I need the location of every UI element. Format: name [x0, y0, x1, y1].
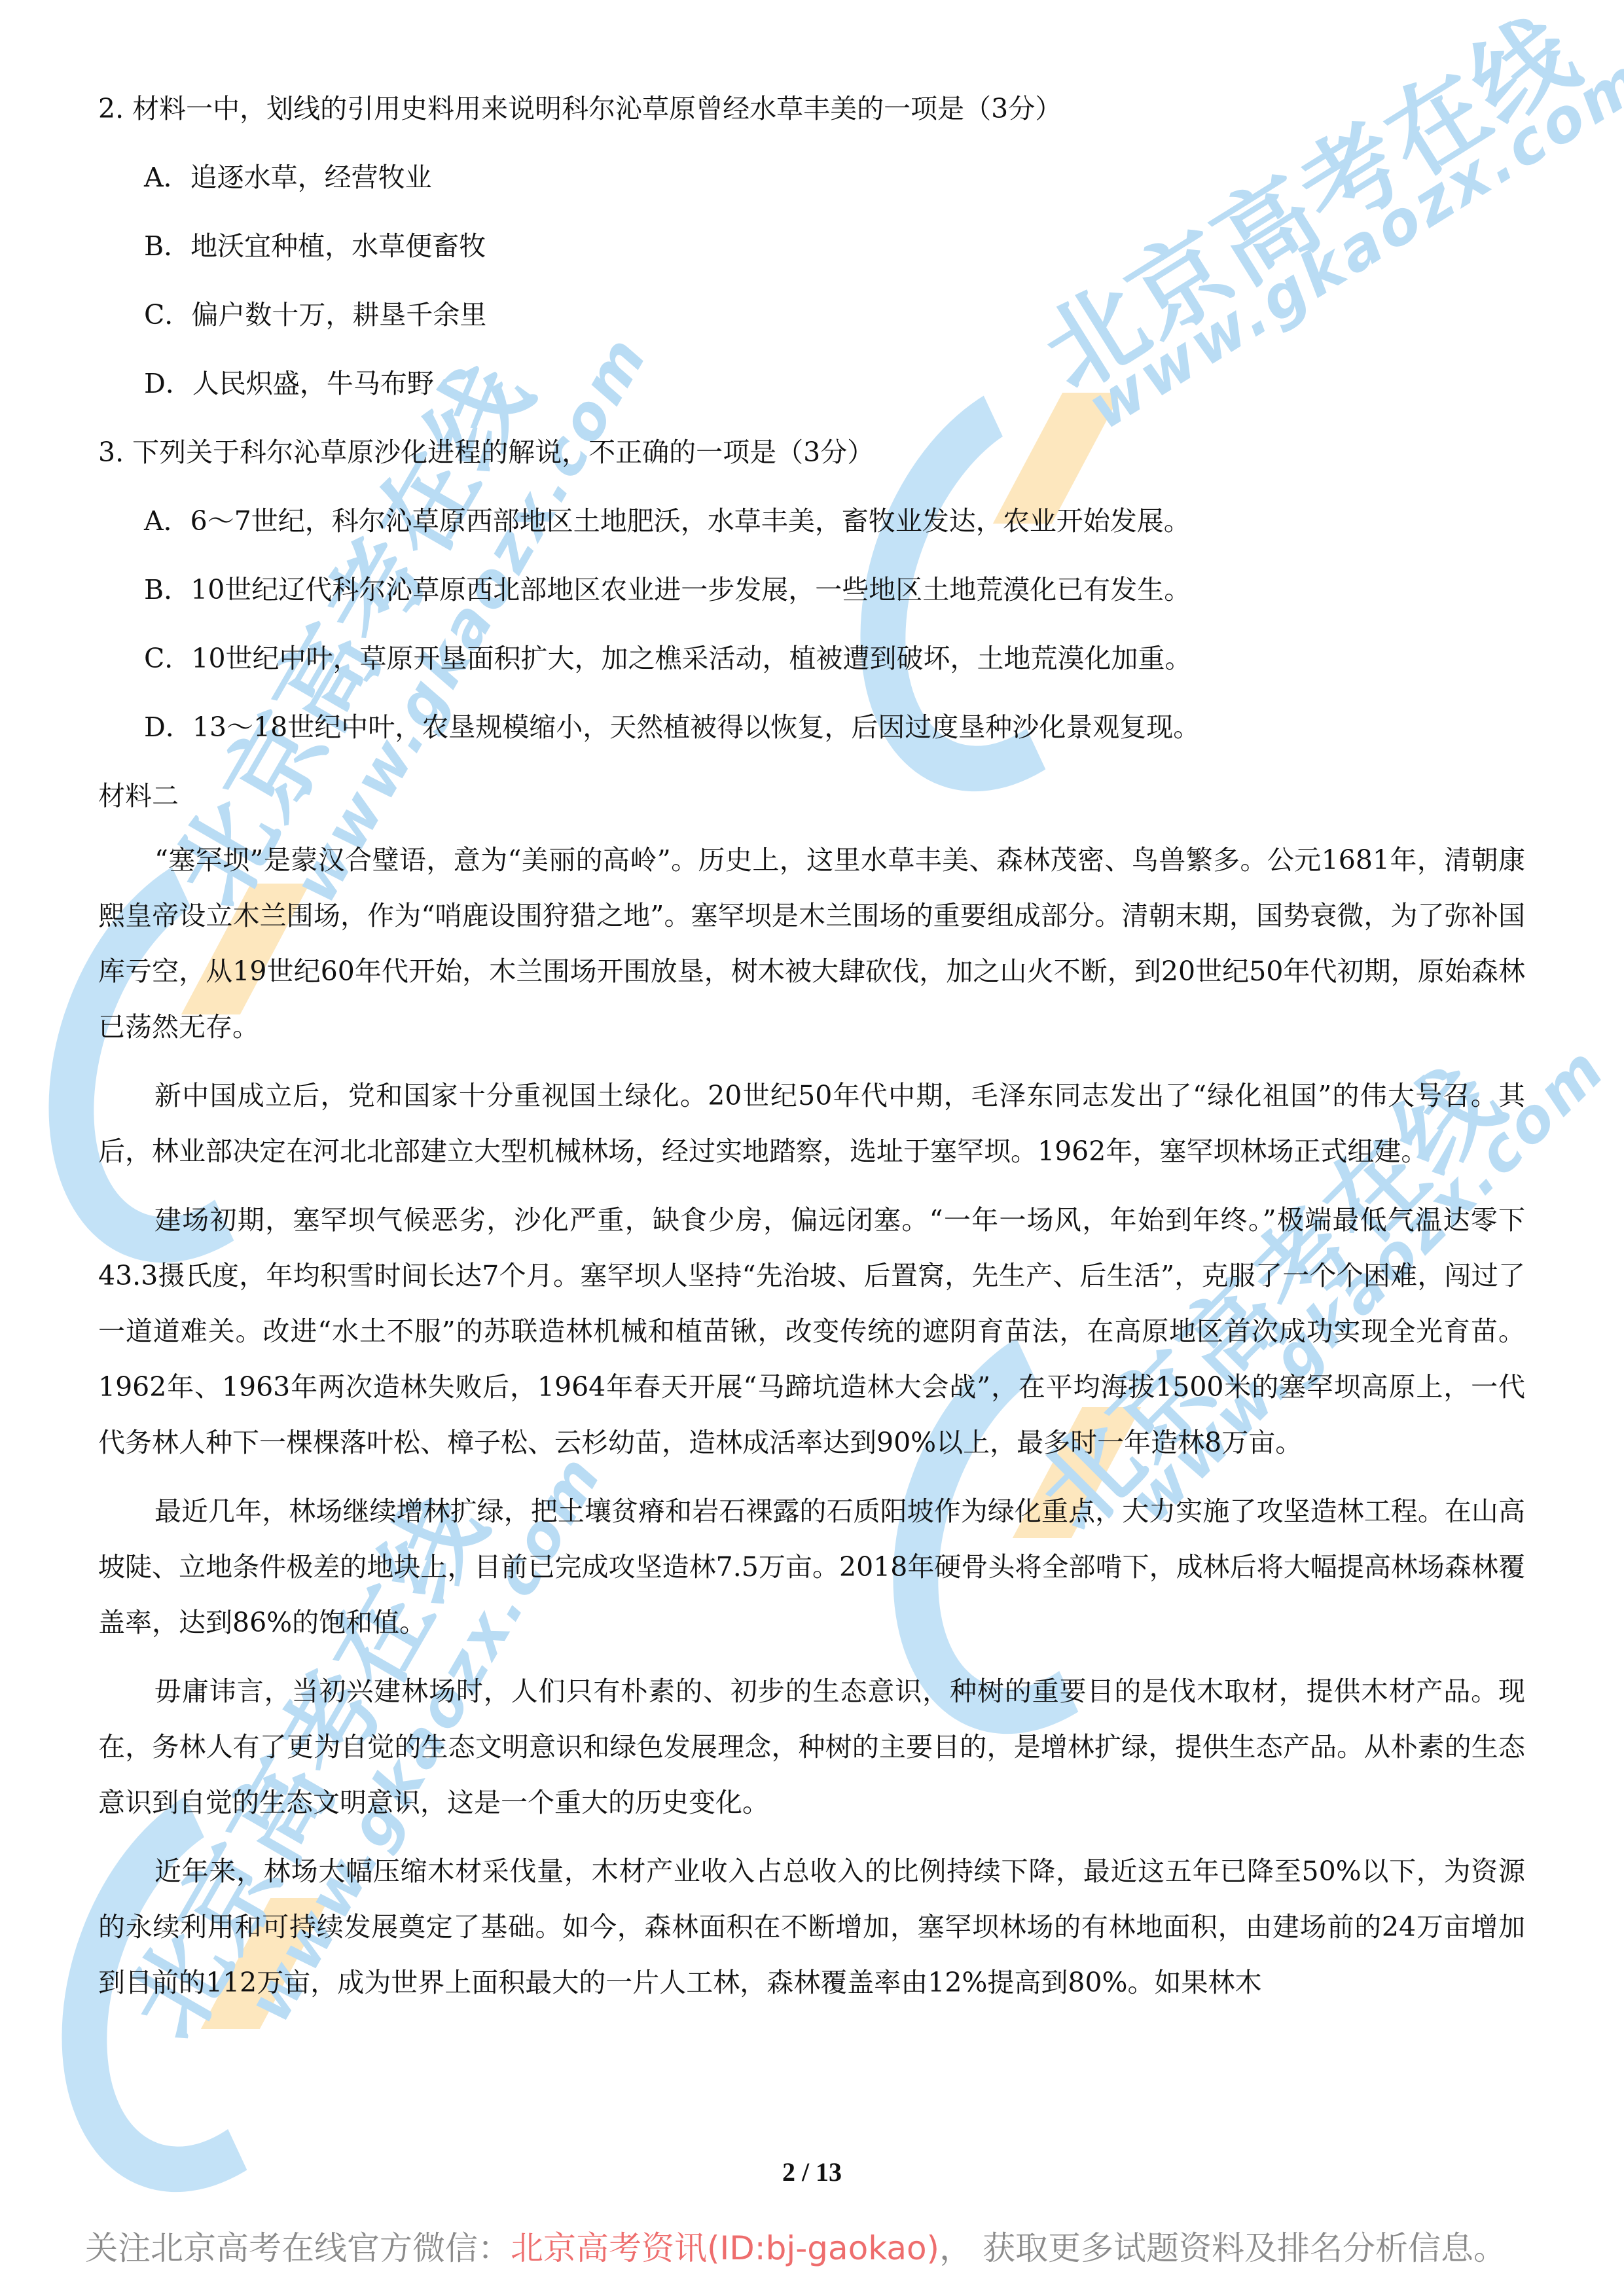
material-label: 材料二 [98, 779, 1525, 813]
material-paragraph: 毋庸讳言，当初兴建林场时，人们只有朴素的、初步的生态意识，种树的重要目的是伐木取… [98, 1664, 1525, 1831]
document-body: 2. 材料一中，划线的引用史料用来说明科尔沁草原曾经水草丰美的一项是（3分） A… [98, 92, 1525, 2024]
footer-suffix: ， 获取更多试题资料及排名分析信息。 [939, 2229, 1506, 2267]
question-2-option-a: A．追逐水草，经营牧业 [98, 160, 1525, 194]
question-3-option-d: D．13～18世纪中叶，农垦规模缩小，天然植被得以恢复，后因过度垦种沙化景观复现… [98, 710, 1525, 744]
question-2-option-b: B．地沃宜种植，水草便畜牧 [98, 229, 1525, 263]
footer-wechat-id: 北京高考资讯(ID:bj-gaokao) [511, 2229, 939, 2267]
question-2-stem: 2. 材料一中，划线的引用史料用来说明科尔沁草原曾经水草丰美的一项是（3分） [98, 92, 1525, 126]
footer-prefix: 关注北京高考在线官方微信： [85, 2229, 511, 2267]
question-2-option-d: D．人民炽盛，牛马布野 [98, 367, 1525, 401]
page-number: 2 / 13 [0, 2157, 1624, 2187]
question-3-option-b: B．10世纪辽代科尔沁草原西北部地区农业进一步发展，一些地区土地荒漠化已有发生。 [98, 573, 1525, 607]
material-paragraph: 近年来，林场大幅压缩木材采伐量，木材产业收入占总收入的比例持续下降，最近这五年已… [98, 1844, 1525, 2011]
material-paragraph: 新中国成立后，党和国家十分重视国土绿化。20世纪50年代中期，毛泽东同志发出了“… [98, 1068, 1525, 1179]
question-2-option-c: C．偏户数十万，耕垦千余里 [98, 298, 1525, 332]
material-paragraph: “塞罕坝”是蒙汉合璧语，意为“美丽的高岭”。历史上，这里水草丰美、森林茂密、鸟兽… [98, 833, 1525, 1055]
question-3-option-a: A．6～7世纪，科尔沁草原西部地区土地肥沃，水草丰美，畜牧业发达，农业开始发展。 [98, 504, 1525, 538]
material-paragraph: 最近几年，林场继续增林扩绿，把土壤贫瘠和岩石裸露的石质阳坡作为绿化重点，大力实施… [98, 1484, 1525, 1651]
material-paragraph: 建场初期，塞罕坝气候恶劣，沙化严重，缺食少房，偏远闭塞。“一年一场风，年始到年终… [98, 1193, 1525, 1471]
question-3-stem: 3. 下列关于科尔沁草原沙化进程的解说，不正确的一项是（3分） [98, 435, 1525, 469]
question-3-option-c: C．10世纪中叶，草原开垦面积扩大，加之樵采活动，植被遭到破坏，土地荒漠化加重。 [98, 641, 1525, 675]
footer-notice: 关注北京高考在线官方微信：北京高考资讯(ID:bj-gaokao)， 获取更多试… [85, 2222, 1506, 2269]
